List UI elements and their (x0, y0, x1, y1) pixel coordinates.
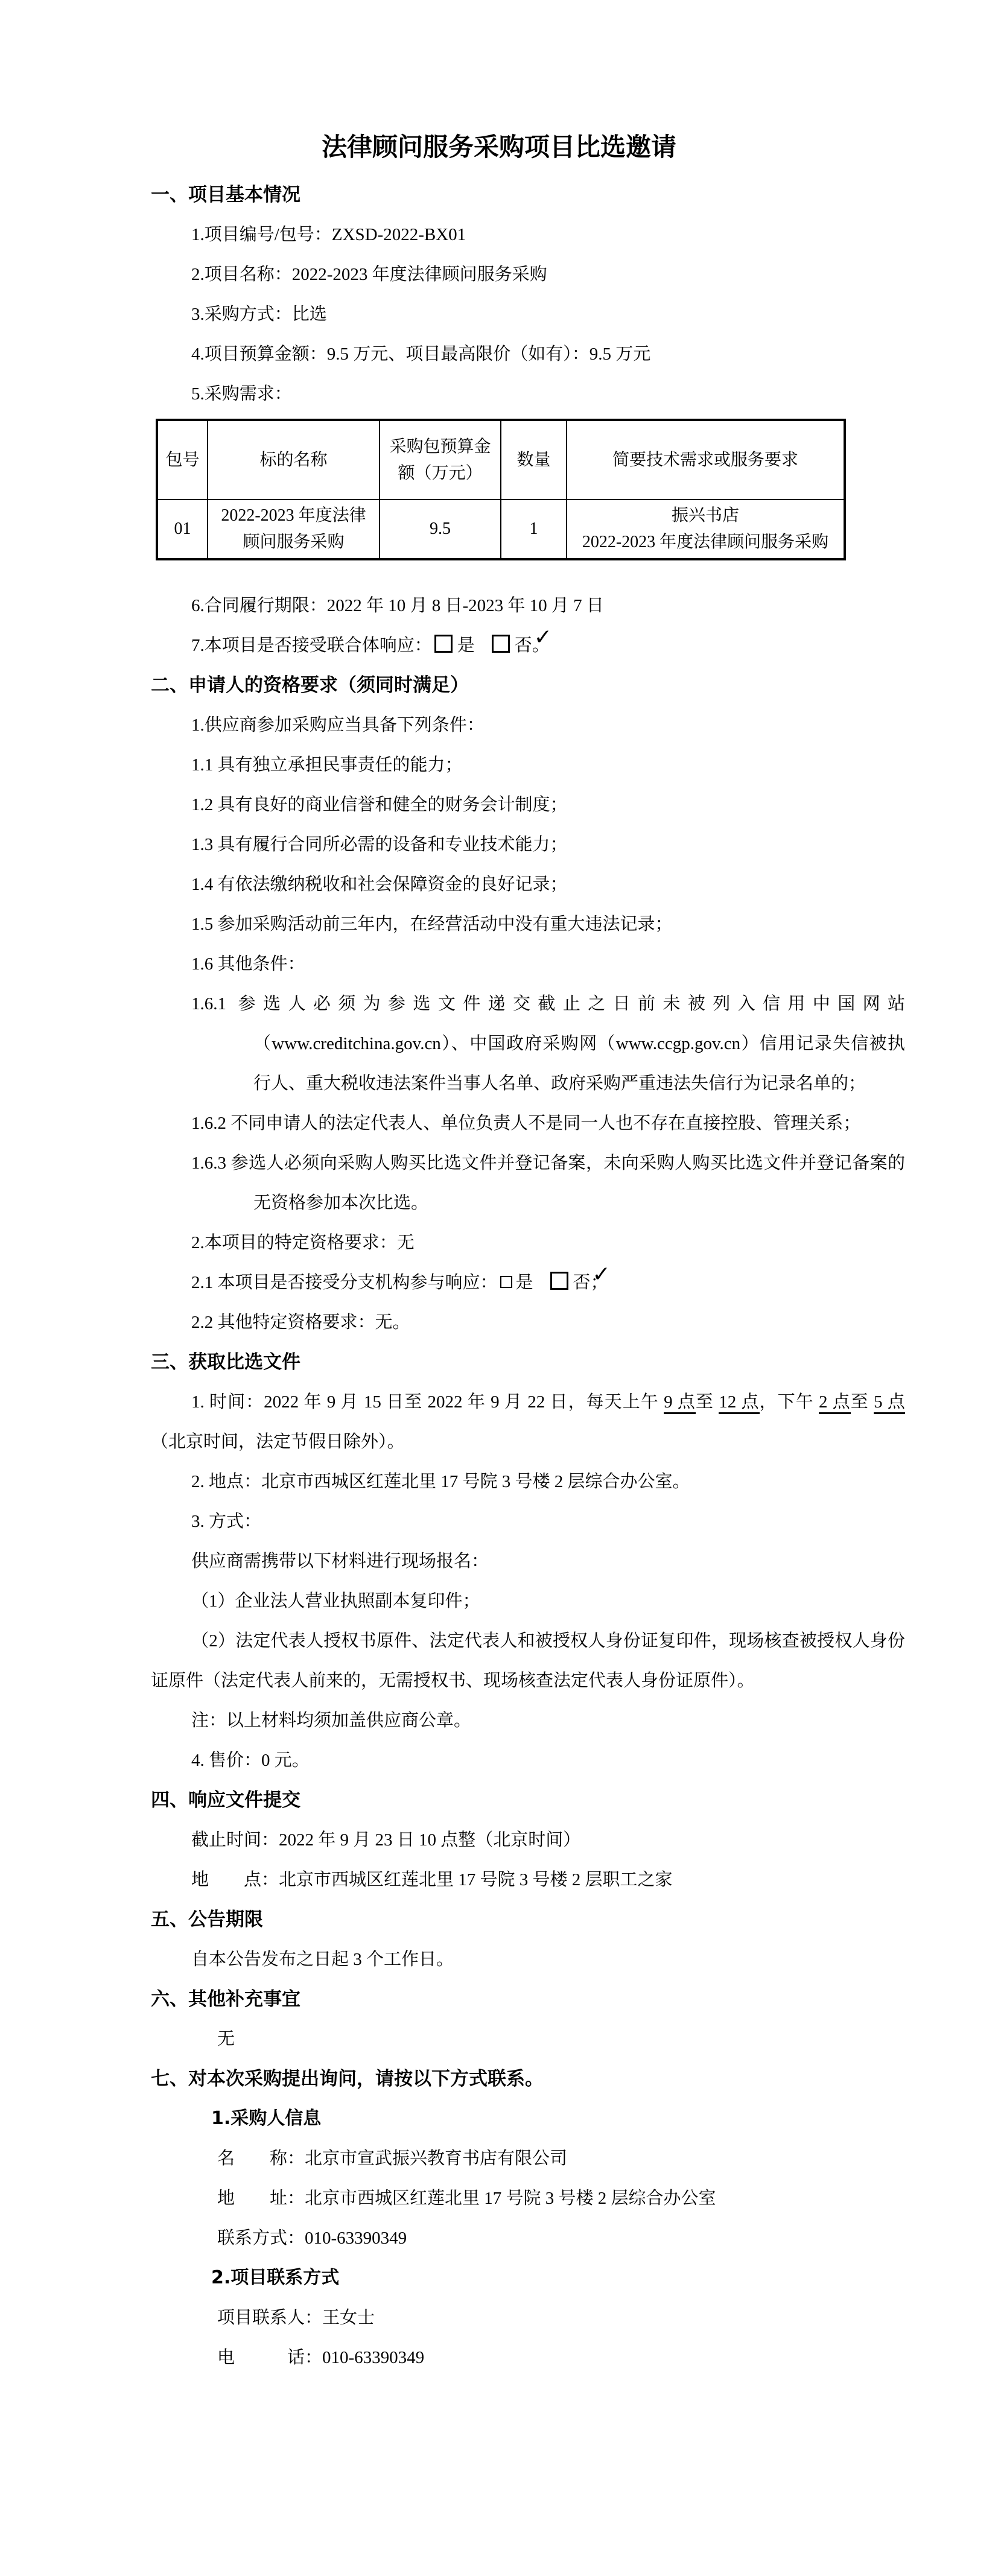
materials-note-line: 注：以上材料均须加盖供应商公章。 (151, 1701, 905, 1740)
price-line: 4. 售价：0 元。 (151, 1740, 905, 1780)
condition-1-6-2: 1.6.2 不同申请人的法定代表人、单位负责人不是同一人也不存在直接控股、管理关… (151, 1103, 905, 1143)
condition-1-6: 1.6 其他条件： (151, 944, 905, 984)
check-mark-icon: ✓ (552, 1264, 611, 1286)
page-title: 法律顾问服务采购项目比选邀请 (0, 123, 998, 171)
project-number-line: 1.项目编号/包号：ZXSD-2022-BX01 (151, 215, 905, 255)
section-6-heading: 六、其他补充事宜 (151, 1979, 905, 2019)
other-qualification-line: 2.2 其他特定资格要求：无。 (151, 1302, 905, 1342)
checkbox-unchecked-icon (500, 1276, 512, 1288)
cell-quantity: 1 (501, 500, 567, 559)
joint-response-prefix: 7.本项目是否接受联合体响应： (191, 636, 432, 655)
purchaser-address-line: 地 址：北京市西城区红莲北里 17 号院 3 号楼 2 层综合办公室 (151, 2178, 905, 2218)
cell-subject-name: 2022-2023 年度法律顾问服务采购 (208, 500, 380, 559)
condition-1-6-3: 1.6.3 参选人必须向采购人购买比选文件并登记备案，未向采购人购买比选文件并登… (151, 1143, 905, 1223)
obtain-time-text-2: 至 (696, 1392, 719, 1412)
col-header-requirements: 简要技术需求或服务要求 (567, 420, 845, 500)
condition-1-4: 1.4 有依法缴纳税收和社会保障资金的良好记录； (151, 864, 905, 904)
specific-qualification-line: 2.本项目的特定资格要求：无 (151, 1223, 905, 1263)
underlined-time-12: 12 点 (719, 1392, 759, 1414)
purchaser-info-subheading: 1.采购人信息 (151, 2099, 905, 2139)
condition-1-6-1: 1.6.1 参选人必须为参选文件递交截止之日前未被列入信用中国网站（www.cr… (151, 984, 905, 1103)
submission-deadline-line: 截止时间：2022 年 9 月 23 日 10 点整（北京时间） (151, 1820, 905, 1860)
obtain-time-text-3: ，下午 (760, 1392, 819, 1412)
procurement-requirements-table: 包号 标的名称 采购包预算金额（万元） 数量 简要技术需求或服务要求 01 20… (156, 419, 846, 560)
checkbox-unchecked-icon (434, 635, 453, 653)
joint-response-yes-label: 是 (457, 636, 475, 655)
project-contact-phone-line: 电 话：010-63390349 (151, 2338, 905, 2378)
check-mark-icon: ✓ (494, 627, 552, 649)
section-7-heading: 七、对本次采购提出询问，请按以下方式联系。 (151, 2059, 905, 2099)
condition-1-5: 1.5 参加采购活动前三年内，在经营活动中没有重大违法记录； (151, 904, 905, 944)
section-5-heading: 五、公告期限 (151, 1900, 905, 1940)
cell-budget: 9.5 (380, 500, 501, 559)
material-1-line: （1）企业法人营业执照副本复印件； (151, 1581, 905, 1621)
section-4-heading: 四、响应文件提交 (151, 1780, 905, 1820)
col-header-quantity: 数量 (501, 420, 567, 500)
cell-requirements-line2: 2022-2023 年度法律顾问服务采购 (582, 533, 828, 551)
cell-requirements-line1: 振兴书店 (672, 506, 739, 525)
obtain-method-line: 3. 方式： (151, 1502, 905, 1541)
col-header-budget: 采购包预算金额（万元） (380, 420, 501, 500)
material-2-line: （2）法定代表人授权书原件、法定代表人和被授权人身份证复印件，现场核查被授权人身… (151, 1621, 905, 1701)
obtain-time-text-4: 至 (851, 1392, 874, 1412)
section-2-heading: 二、申请人的资格要求（须同时满足） (151, 665, 905, 705)
obtain-time-text-1: 1. 时间：2022 年 9 月 15 日至 2022 年 9 月 22 日，每… (191, 1392, 664, 1412)
underlined-time-2: 2 点 (819, 1392, 851, 1414)
cell-requirements: 振兴书店 2022-2023 年度法律顾问服务采购 (567, 500, 845, 559)
col-header-subject-name: 标的名称 (208, 420, 380, 500)
condition-1-1: 1.1 具有独立承担民事责任的能力； (151, 745, 905, 785)
branch-response-prefix: 2.1 本项目是否接受分支机构参与响应： (191, 1273, 498, 1292)
section-1-heading: 一、项目基本情况 (151, 175, 905, 215)
contract-period-line: 6.合同履行期限：2022 年 10 月 8 日-2023 年 10 月 7 日 (151, 586, 905, 626)
joint-response-line: 7.本项目是否接受联合体响应：是✓否。 (151, 626, 905, 665)
submission-place-line: 地 点：北京市西城区红莲北里 17 号院 3 号楼 2 层职工之家 (151, 1860, 905, 1900)
obtain-place-line: 2. 地点：北京市西城区红莲北里 17 号院 3 号楼 2 层综合办公室。 (151, 1462, 905, 1502)
purchaser-name-line: 名 称：北京市宣武振兴教育书店有限公司 (151, 2139, 905, 2178)
condition-1-2: 1.2 具有良好的商业信誉和健全的财务会计制度； (151, 785, 905, 825)
announcement-period-line: 自本公告发布之日起 3 个工作日。 (151, 1940, 905, 1979)
bring-materials-line: 供应商需携带以下材料进行现场报名： (151, 1541, 905, 1581)
demand-label-line: 5.采购需求： (151, 374, 905, 414)
condition-1-3: 1.3 具有履行合同所必需的设备和专业技术能力； (151, 825, 905, 864)
underlined-time-5: 5 点 (874, 1392, 905, 1414)
underlined-time-9: 9 点 (664, 1392, 696, 1414)
cell-package-no: 01 (157, 500, 208, 559)
branch-response-line: 2.1 本项目是否接受分支机构参与响应：是✓否； (151, 1263, 905, 1302)
project-contact-person-line: 项目联系人：王女士 (151, 2298, 905, 2338)
supplier-conditions-intro: 1.供应商参加采购应当具备下列条件： (151, 705, 905, 745)
obtain-time-text-5: （北京时间，法定节假日除外）。 (151, 1432, 405, 1451)
procurement-method-line: 3.采购方式：比选 (151, 294, 905, 334)
project-name-line: 2.项目名称：2022-2023 年度法律顾问服务采购 (151, 255, 905, 294)
branch-response-yes-label: 是 (516, 1273, 533, 1292)
budget-line: 4.项目预算金额：9.5 万元、项目最高限价（如有）：9.5 万元 (151, 334, 905, 374)
table-header-row: 包号 标的名称 采购包预算金额（万元） 数量 简要技术需求或服务要求 (157, 420, 845, 500)
project-contact-subheading: 2.项目联系方式 (151, 2258, 905, 2298)
section-3-heading: 三、获取比选文件 (151, 1342, 905, 1382)
checkbox-checked-icon: ✓ (492, 635, 510, 653)
document-page: 法律顾问服务采购项目比选邀请 一、项目基本情况 1.项目编号/包号：ZXSD-2… (0, 0, 998, 2378)
obtain-time-line: 1. 时间：2022 年 9 月 15 日至 2022 年 9 月 22 日，每… (151, 1382, 905, 1462)
col-header-package-no: 包号 (157, 420, 208, 500)
table-row: 01 2022-2023 年度法律顾问服务采购 9.5 1 振兴书店 2022-… (157, 500, 845, 559)
checkbox-checked-icon: ✓ (550, 1272, 568, 1290)
other-matters-line: 无 (151, 2019, 905, 2059)
purchaser-contact-line: 联系方式：010-63390349 (151, 2218, 905, 2258)
